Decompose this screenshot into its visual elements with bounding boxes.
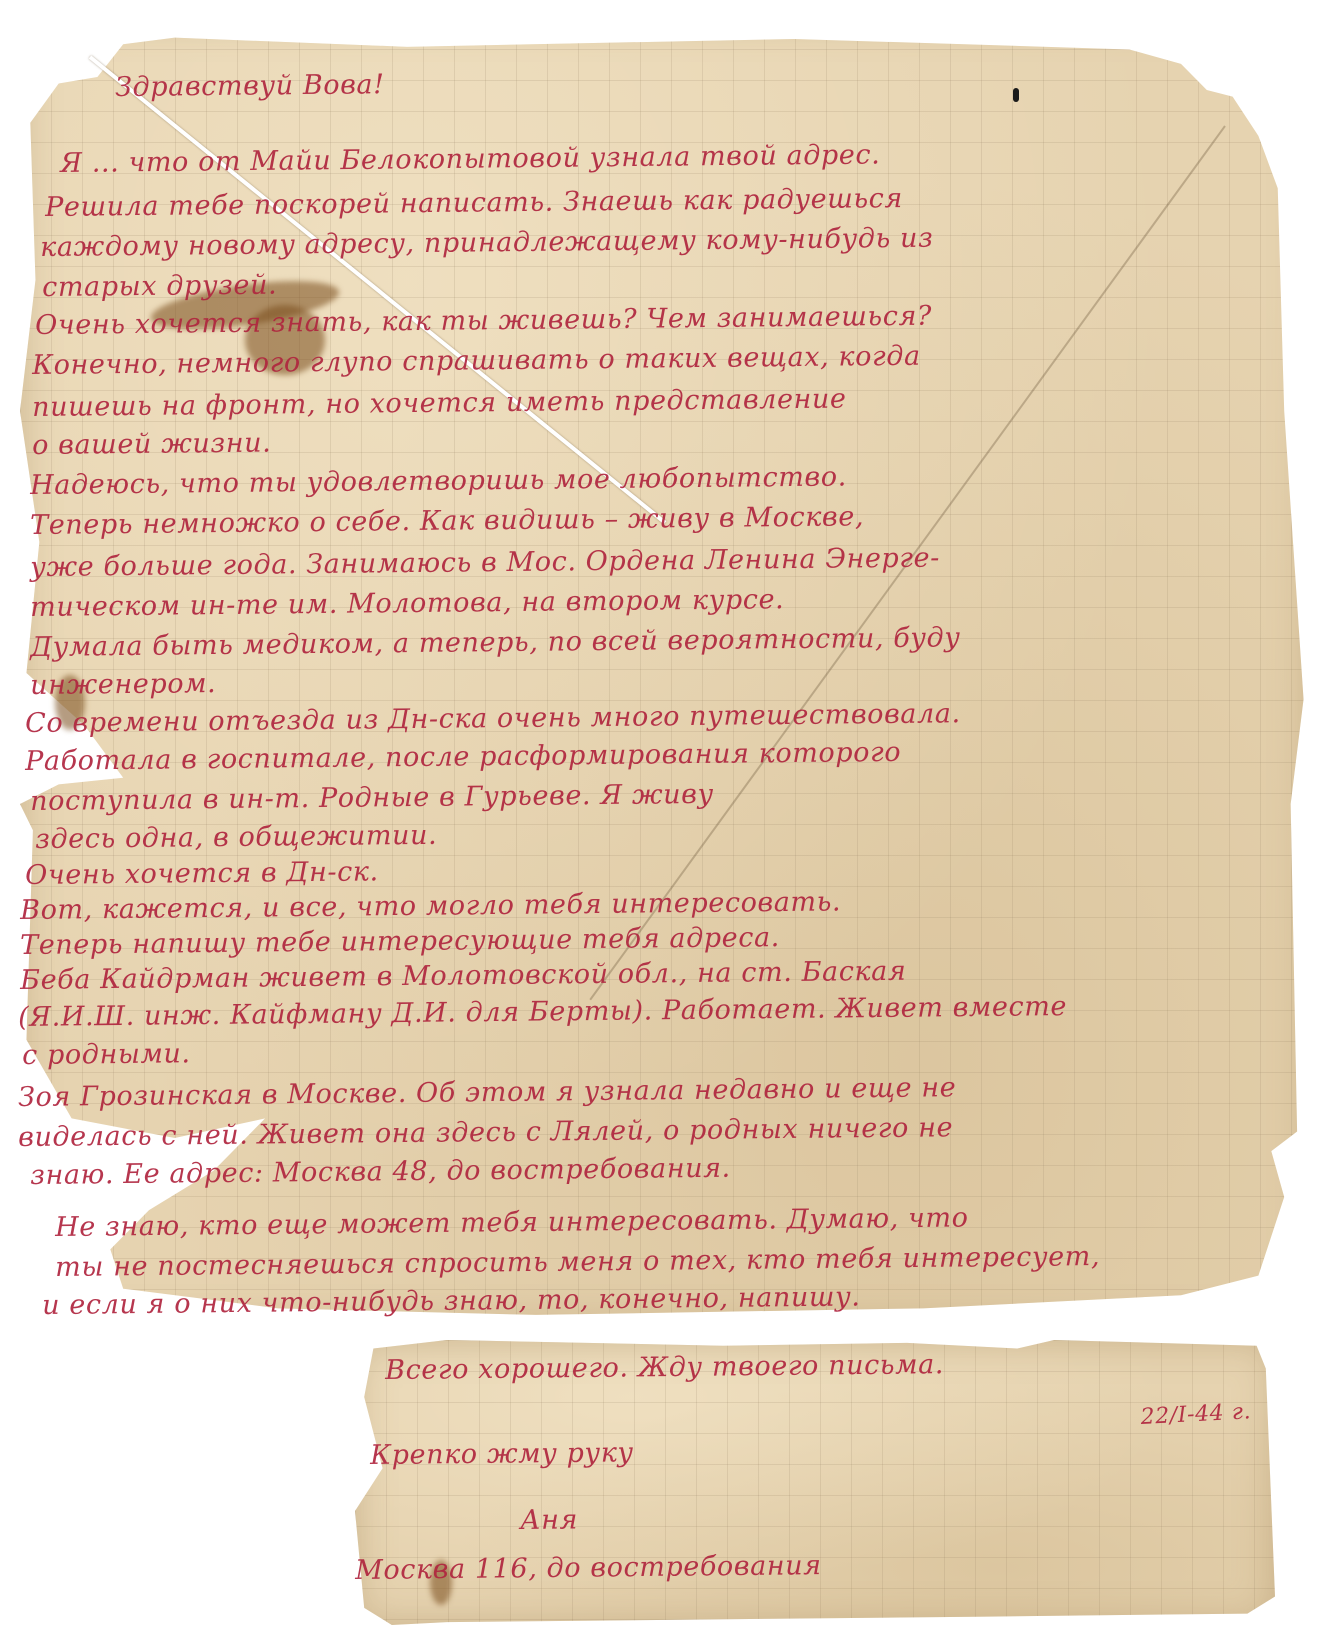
body-line: старых друзей. (42, 270, 277, 303)
letter-greeting: Здравствуй Вова! (115, 69, 385, 103)
body-line: с родными. (22, 1038, 191, 1071)
body-line: инженером. (30, 668, 216, 701)
return-address: Москва 116, до востребования (355, 1550, 822, 1586)
letter-farewell: Всего хорошего. Жду твоего письма. (385, 1349, 944, 1386)
body-line: здесь одна, в общежитии. (35, 820, 437, 855)
letter-closing: Крепко жму руку (370, 1437, 634, 1471)
body-line: о вашей жизни. (32, 427, 271, 461)
ink-dot (1013, 88, 1019, 102)
body-line: Очень хочется в Дн-ск. (25, 856, 379, 891)
letter-signature: Аня (520, 1504, 578, 1536)
